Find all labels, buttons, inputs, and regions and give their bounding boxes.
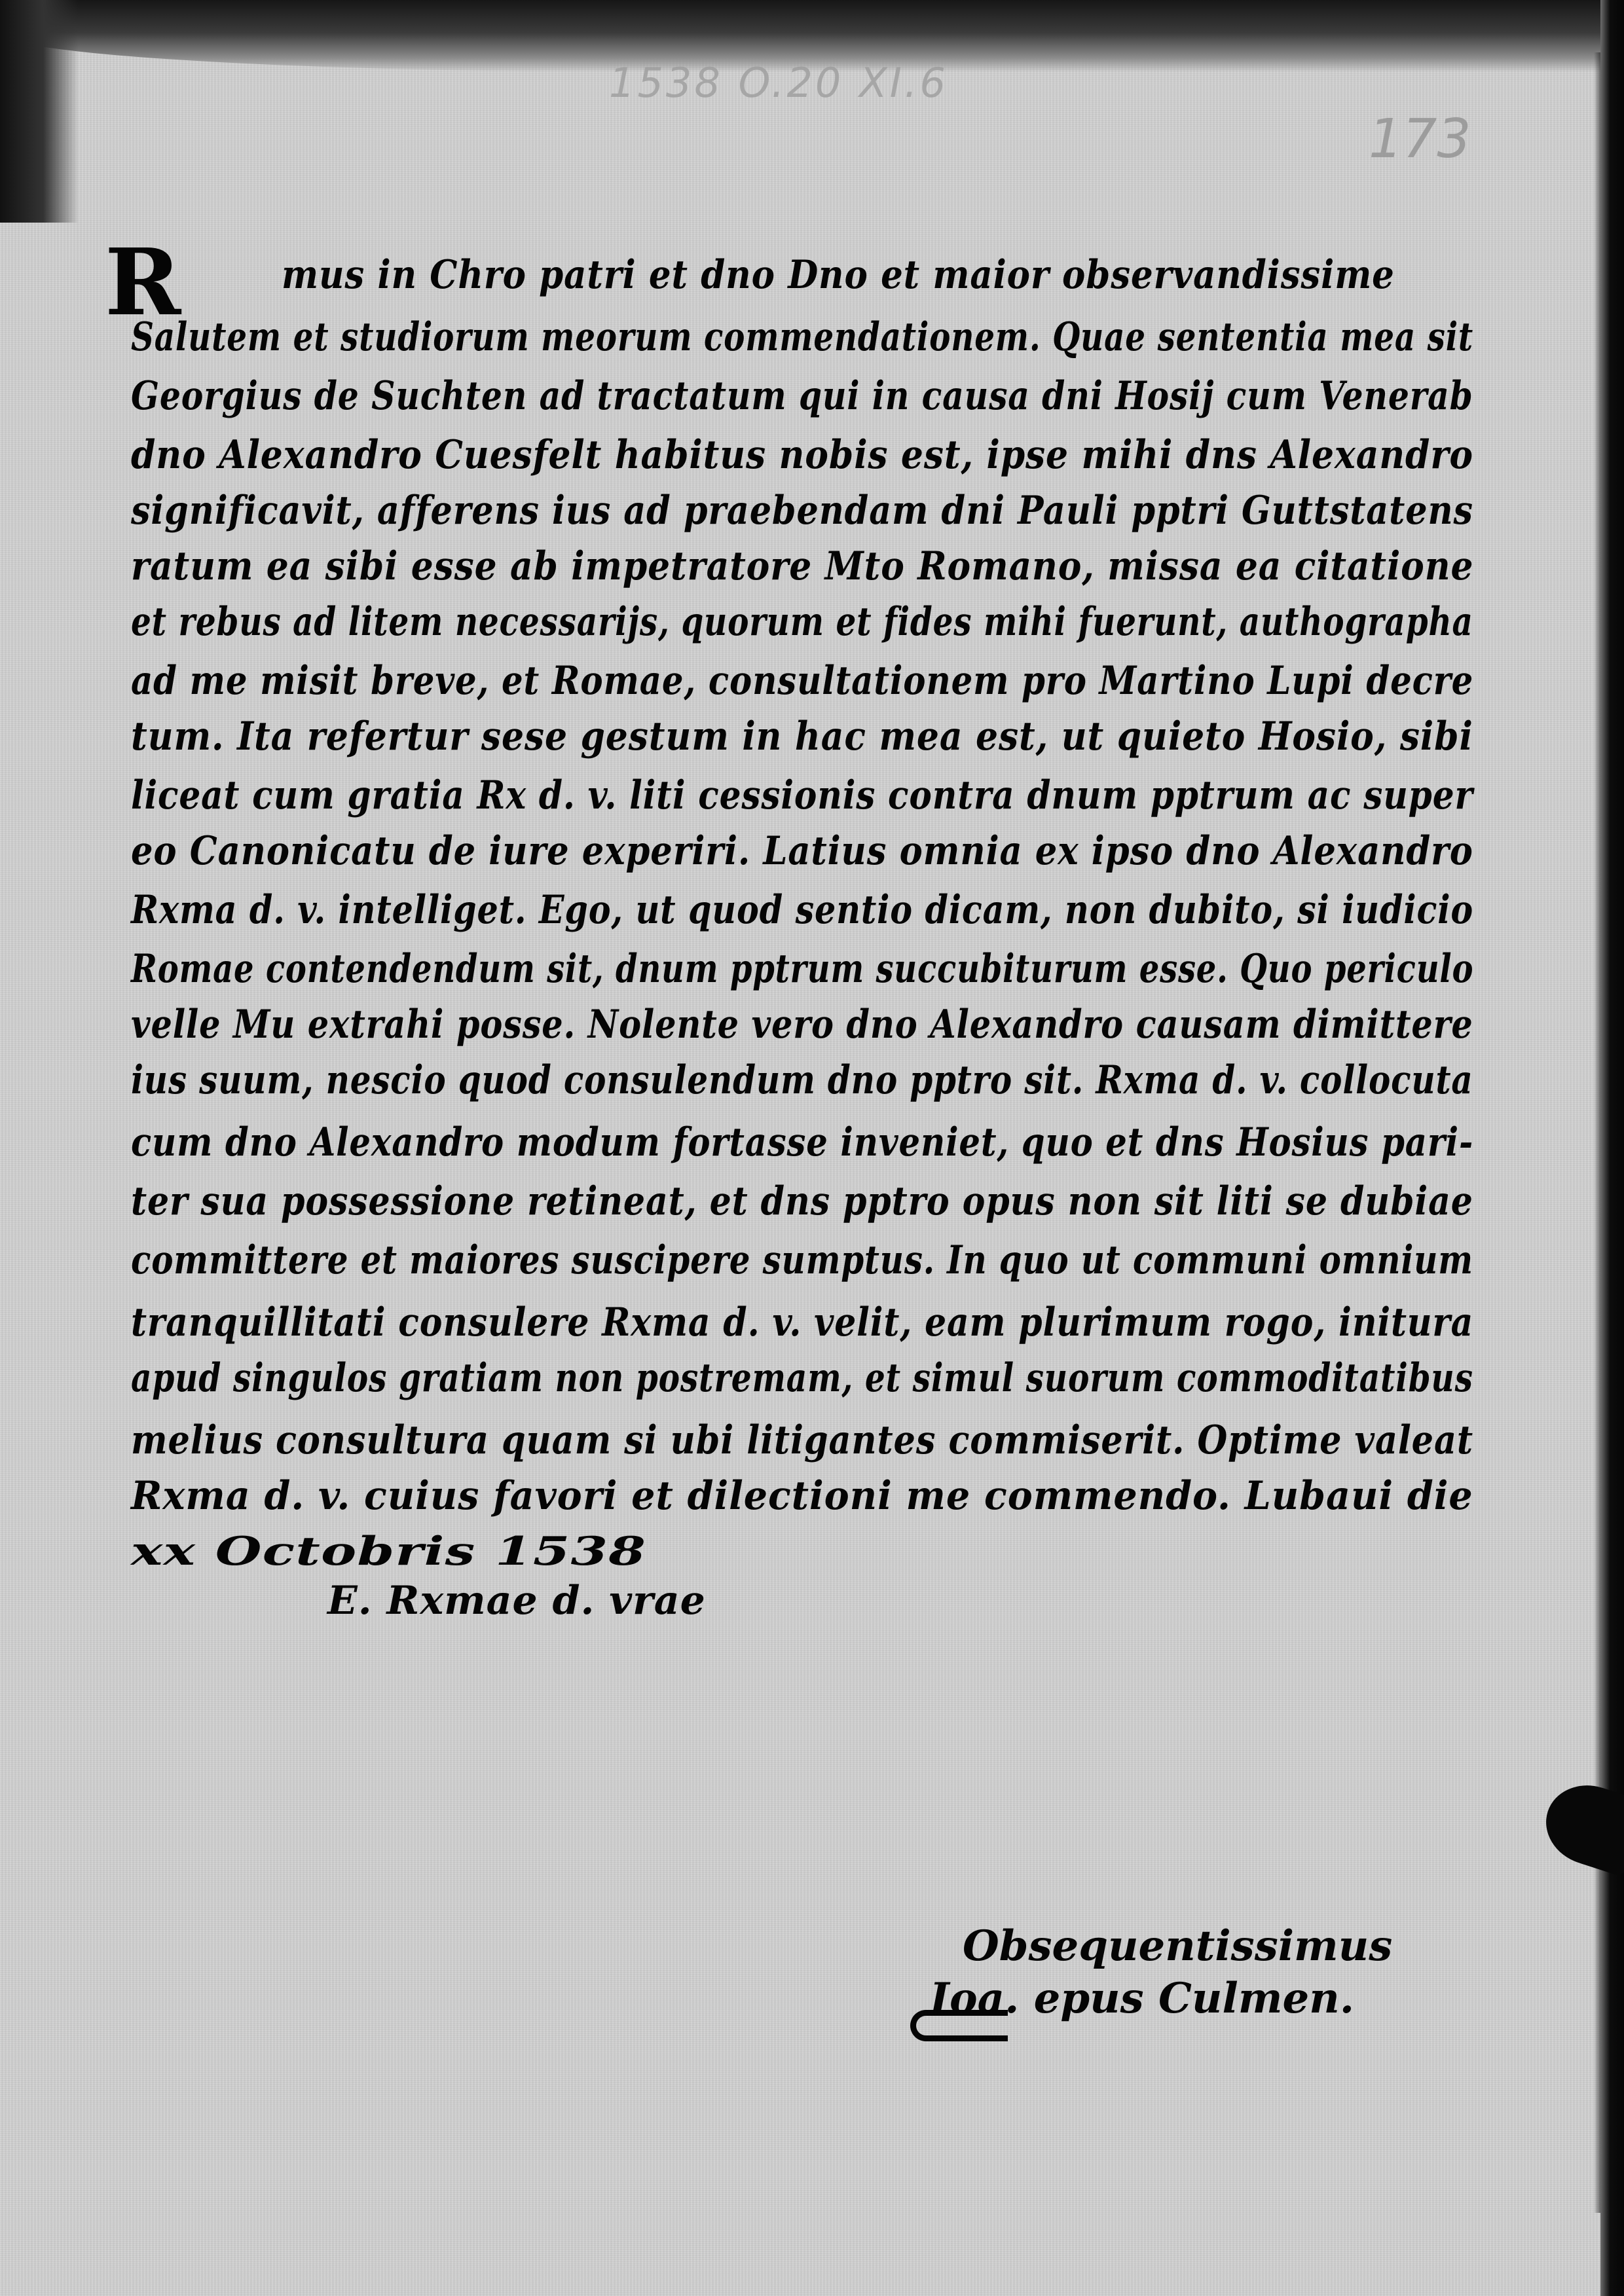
letter-line: ius suum, nescio quod consulendum dno pp… [131, 1057, 1473, 1103]
letter-line: ratum ea sibi esse ab impetratore Mto Ro… [131, 543, 1473, 589]
letter-line: Salutem et studiorum meorum commendation… [131, 314, 1473, 360]
letter-line: eo Canonicatu de iure experiri. Latius o… [131, 828, 1473, 874]
letter-line: dno Alexandro Cuesfelt habitus nobis est… [131, 432, 1473, 478]
letter-line: liceat cum gratia Rx d. v. liti cessioni… [131, 773, 1473, 818]
signature-line-1: Obsequentissimus [963, 1922, 1392, 1971]
letter-line: melius consultura quam si ubi litigantes… [131, 1417, 1473, 1463]
letter-line: tum. Ita refertur sese gestum in hac mea… [131, 714, 1473, 759]
letter-line: Rxma d. v. cuius favori et dilectioni me… [131, 1473, 1473, 1519]
letter-line: velle Mu extrahi posse. Nolente vero dno… [131, 1002, 1473, 1048]
letter-line: et rebus ad litem necessarijs, quorum et… [131, 599, 1473, 645]
signature-flourish [910, 2010, 1008, 2041]
letter-line: ter sua possessione retineat, et dns ppt… [131, 1178, 1473, 1224]
letter-line: cum dno Alexandro modum fortasse invenie… [131, 1120, 1473, 1165]
letter-line: apud singulos gratiam non postremam, et … [131, 1355, 1473, 1401]
letter-line: xx Octobris 1538 [131, 1529, 646, 1575]
letter-line: mus in Chro patri et dno Dno et maior ob… [282, 252, 1395, 298]
closing-formula: E. Rxmae d. vrae [327, 1578, 706, 1624]
letter-line: Romae contendendum sit, dnum pptrum succ… [131, 946, 1473, 992]
letter-line: Georgius de Suchten ad tractatum qui in … [131, 373, 1473, 419]
letter-line: committere et maiores suscipere sumptus.… [131, 1237, 1473, 1283]
letter-line: ad me misit breve, et Romae, consultatio… [131, 658, 1473, 704]
letter-line: tranquillitati consulere Rxma d. v. veli… [131, 1300, 1473, 1345]
letter-line: Rxma d. v. intelliget. Ego, ut quod sent… [131, 887, 1473, 933]
letter-line: significavit, afferens ius ad praebendam… [131, 488, 1473, 534]
letter-body: R mus in Chro patri et dno Dno et maior … [0, 0, 1624, 2296]
